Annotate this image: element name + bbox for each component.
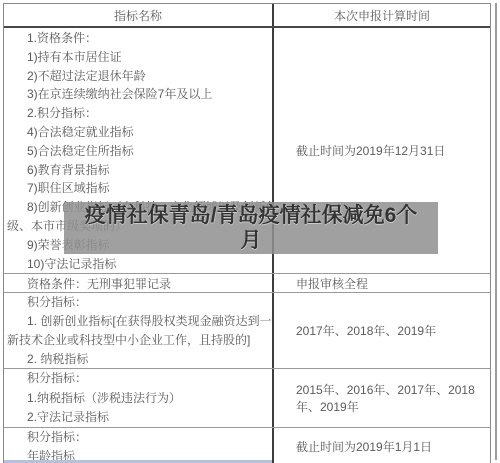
indicator-line: 2)不超过法定退休年龄 — [4, 67, 272, 86]
indicator-line: 2.积分指标： — [4, 104, 272, 123]
indicator-line: 1. 创新创业指标[在获得股权类现金融资达到一定条件的国家高 — [4, 312, 272, 331]
table-row: 资格条件：无刑事犯罪记录 申报审核全程 — [4, 273, 490, 292]
indicator-line: 1.资格条件： — [4, 29, 272, 48]
calc-time-value: 截止时间为2019年1月1日 — [296, 438, 432, 455]
indicator-line: 7)职住区域指标 — [4, 179, 272, 198]
cell-indicator-list: 资格条件：无刑事犯罪记录 — [4, 274, 274, 292]
watermark-title: 疫情社保青岛/青岛疫情社保减免6个月 — [64, 203, 438, 253]
table-header-row: 指标名称 本次申报计算时间 — [4, 4, 490, 28]
indicator-line: 4)合法稳定就业指标 — [4, 123, 272, 142]
table-row: 积分指标： 1.纳税指标（涉税违法行为） 2.守法记录指标 2015年、2016… — [4, 368, 490, 427]
indicator-line: 新技术企业或科技型中小企业工作，且持股的] — [4, 331, 272, 350]
cell-indicator-list: 积分指标： 年龄指标 — [4, 428, 274, 463]
calc-time-value: 2015年、2016年、2017年、2018年、2019年 — [296, 381, 490, 415]
cell-calc-time: 2017年、2018年、2019年 — [274, 293, 490, 368]
calc-time-value: 2017年、2018年、2019年 — [296, 322, 436, 339]
cell-calc-time: 截止时间为2019年1月1日 — [274, 428, 490, 463]
right-frame-border — [495, 3, 497, 460]
indicator-line: 1.纳税指标（涉税违法行为） — [4, 389, 272, 409]
calc-time-value: 截止时间为2019年12月31日 — [296, 142, 445, 159]
watermark-banner: 疫情社保青岛/青岛疫情社保减免6个月 — [64, 202, 438, 254]
indicator-line: 积分指标： — [4, 293, 272, 312]
header-cell-calc-time: 本次申报计算时间 — [274, 4, 490, 26]
table-row: 积分指标： 年龄指标 截止时间为2019年1月1日 — [4, 427, 490, 463]
cell-calc-time: 申报审核全程 — [274, 274, 490, 292]
indicator-line: 5)合法稳定住所指标 — [4, 142, 272, 161]
indicator-line: 6)教育背景指标 — [4, 161, 272, 180]
cell-indicator-list: 积分指标： 1.纳税指标（涉税违法行为） 2.守法记录指标 — [4, 369, 274, 427]
cell-calc-time: 2015年、2016年、2017年、2018年、2019年 — [274, 369, 490, 427]
cell-indicator-list: 积分指标： 1. 创新创业指标[在获得股权类现金融资达到一定条件的国家高 新技术… — [4, 293, 274, 368]
table-row: 积分指标： 1. 创新创业指标[在获得股权类现金融资达到一定条件的国家高 新技术… — [4, 292, 490, 368]
indicator-line: 资格条件：无刑事犯罪记录 — [4, 275, 171, 292]
indicator-line: 2. 纳税指标 — [4, 350, 272, 368]
indicator-line: 1)持有本市居住证 — [4, 48, 272, 67]
indicator-line: 积分指标： — [4, 428, 272, 447]
indicator-line: 积分指标： — [4, 369, 272, 389]
indicator-line: 3)在京连续缴纳社会保险7年及以上 — [4, 85, 272, 104]
indicator-line: 10)守法记录指标 — [4, 255, 272, 273]
calc-time-value: 申报审核全程 — [296, 275, 368, 292]
indicator-line: 2.守法记录指标 — [4, 408, 272, 427]
header-calc-time-label: 本次申报计算时间 — [334, 7, 430, 24]
header-cell-indicator-name: 指标名称 — [4, 4, 274, 26]
